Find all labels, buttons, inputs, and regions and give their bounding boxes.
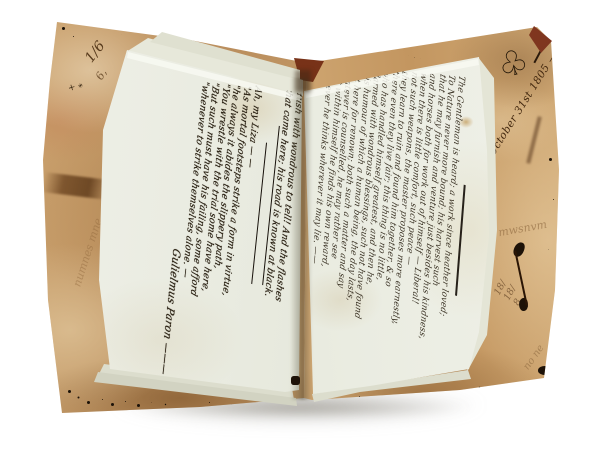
ink-specks — [62, 27, 65, 30]
ink-blot — [291, 376, 300, 385]
small-number-mark: 6, — [93, 67, 110, 83]
ink-specks — [329, 44, 332, 47]
leather-stain-streak — [43, 172, 109, 200]
club-doodle-icon: ♧ — [494, 41, 533, 87]
gutter-shadow-top — [295, 70, 311, 92]
photo-of-antique-manuscript-book: 1/6 6, + ⁎ numnes mne ♧ October 31st 180… — [0, 0, 600, 450]
right-page-handwriting: The Gentleman is heard; a work since hea… — [302, 64, 475, 367]
ink-specks — [549, 158, 552, 161]
gutter-shadow — [290, 78, 312, 400]
ink-specks — [68, 390, 71, 393]
ink-blot — [512, 241, 526, 258]
faded-cover-scribble: mwsnvm — [497, 218, 548, 239]
price-mark: 1/6 — [82, 38, 108, 66]
pen-trial-marks: + ⁎ — [67, 80, 84, 94]
left-page-handwriting: Hush with wondrous to tell! And the flas… — [161, 76, 305, 355]
ink-blot — [537, 365, 551, 376]
ink-smudge — [526, 116, 541, 164]
